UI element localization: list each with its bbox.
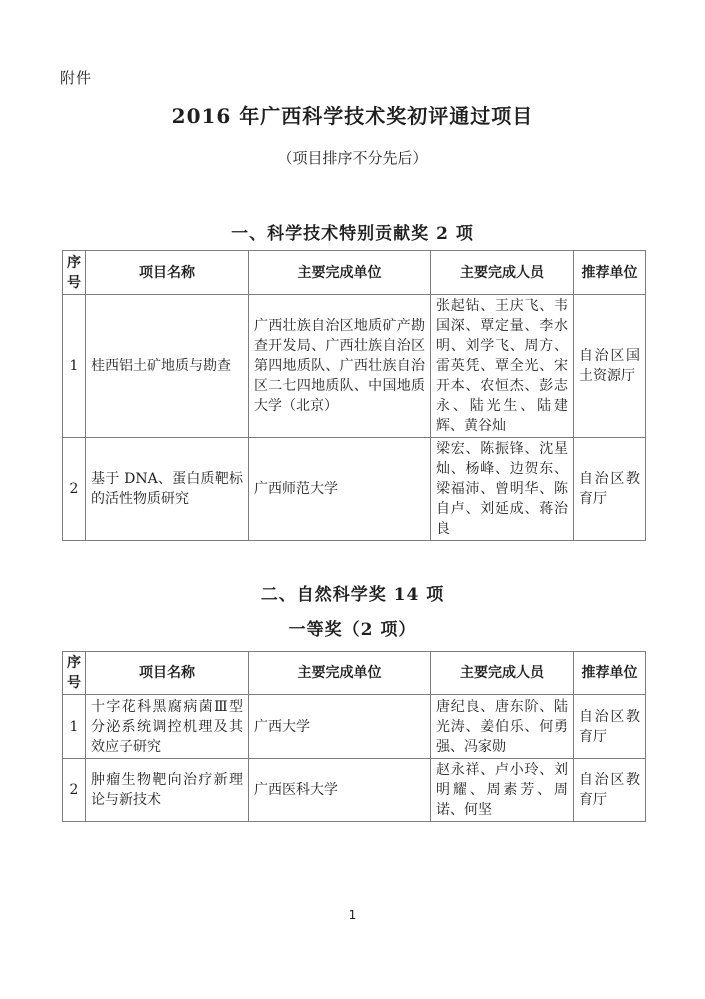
cell-main-org: 广西大学 <box>249 695 431 759</box>
table-row: 2 基于 DNA、蛋白质靶标的活性物质研究 广西师范大学 梁宏、陈振锋、沈星灿、… <box>63 438 646 541</box>
cell-no: 1 <box>63 295 86 438</box>
cell-recommender: 自治区国土资源厅 <box>574 295 646 438</box>
table-row: 2 肿瘤生物靶向治疗新理论与新技术 广西医科大学 赵永祥、卢小玲、刘明耀、周素芳… <box>63 759 646 822</box>
document-page: 附件 2016 年广西科学技术奖初评通过项目 （项目排序不分先后） 一、科学技术… <box>0 0 705 999</box>
column-header-recommender: 推荐单位 <box>574 652 646 695</box>
column-header-no: 序号 <box>63 251 86 295</box>
attachment-label: 附件 <box>60 67 92 88</box>
section-2-heading: 二、自然科学奖 14 项 <box>0 580 705 605</box>
cell-no: 2 <box>63 438 86 541</box>
column-header-project: 项目名称 <box>86 652 249 695</box>
document-subtitle: （项目排序不分先后） <box>0 147 705 168</box>
section-1-heading: 一、科学技术特别贡献奖 2 项 <box>0 219 705 244</box>
special-contribution-award-table: 序号 项目名称 主要完成单位 主要完成人员 推荐单位 1 桂西铝土矿地质与勘查 … <box>62 250 646 541</box>
cell-recommender: 自治区教育厅 <box>574 438 646 541</box>
cell-project-name: 肿瘤生物靶向治疗新理论与新技术 <box>86 759 249 822</box>
cell-recommender: 自治区教育厅 <box>574 759 646 822</box>
page-number: 1 <box>0 908 705 922</box>
cell-main-people: 唐纪良、唐东阶、陆光涛、姜伯乐、何勇强、冯家勋 <box>431 695 574 759</box>
cell-main-people: 赵永祥、卢小玲、刘明耀、周素芳、周诺、何坚 <box>431 759 574 822</box>
column-header-recommender: 推荐单位 <box>574 251 646 295</box>
table-row: 1 十字花科黑腐病菌Ⅲ型分泌系统调控机理及其效应子研究 广西大学 唐纪良、唐东阶… <box>63 695 646 759</box>
cell-no: 2 <box>63 759 86 822</box>
column-header-people: 主要完成人员 <box>431 251 574 295</box>
cell-main-org: 广西师范大学 <box>249 438 431 541</box>
table-header-row: 序号 项目名称 主要完成单位 主要完成人员 推荐单位 <box>63 251 646 295</box>
cell-no: 1 <box>63 695 86 759</box>
column-header-project: 项目名称 <box>86 251 249 295</box>
cell-project-name: 桂西铝土矿地质与勘查 <box>86 295 249 438</box>
document-title: 2016 年广西科学技术奖初评通过项目 <box>0 100 705 129</box>
cell-main-org: 广西壮族自治区地质矿产勘查开发局、广西壮族自治区第四地质队、广西壮族自治区二七四… <box>249 295 431 438</box>
table-header-row: 序号 项目名称 主要完成单位 主要完成人员 推荐单位 <box>63 652 646 695</box>
cell-main-people: 张起钻、王庆飞、韦国深、覃定量、李水明、刘学飞、周方、雷英凭、覃全光、宋开本、农… <box>431 295 574 438</box>
column-header-org: 主要完成单位 <box>249 652 431 695</box>
column-header-people: 主要完成人员 <box>431 652 574 695</box>
cell-project-name: 十字花科黑腐病菌Ⅲ型分泌系统调控机理及其效应子研究 <box>86 695 249 759</box>
cell-main-people: 梁宏、陈振锋、沈星灿、杨峰、边贺东、梁福沛、曾明华、陈自卢、刘延成、蒋治良 <box>431 438 574 541</box>
section-2-subheading: 一等奖（2 项） <box>0 615 705 640</box>
cell-recommender: 自治区教育厅 <box>574 695 646 759</box>
table-row: 1 桂西铝土矿地质与勘查 广西壮族自治区地质矿产勘查开发局、广西壮族自治区第四地… <box>63 295 646 438</box>
cell-main-org: 广西医科大学 <box>249 759 431 822</box>
column-header-org: 主要完成单位 <box>249 251 431 295</box>
cell-project-name: 基于 DNA、蛋白质靶标的活性物质研究 <box>86 438 249 541</box>
column-header-no: 序号 <box>63 652 86 695</box>
natural-science-award-first-prize-table: 序号 项目名称 主要完成单位 主要完成人员 推荐单位 1 十字花科黑腐病菌Ⅲ型分… <box>62 651 646 822</box>
